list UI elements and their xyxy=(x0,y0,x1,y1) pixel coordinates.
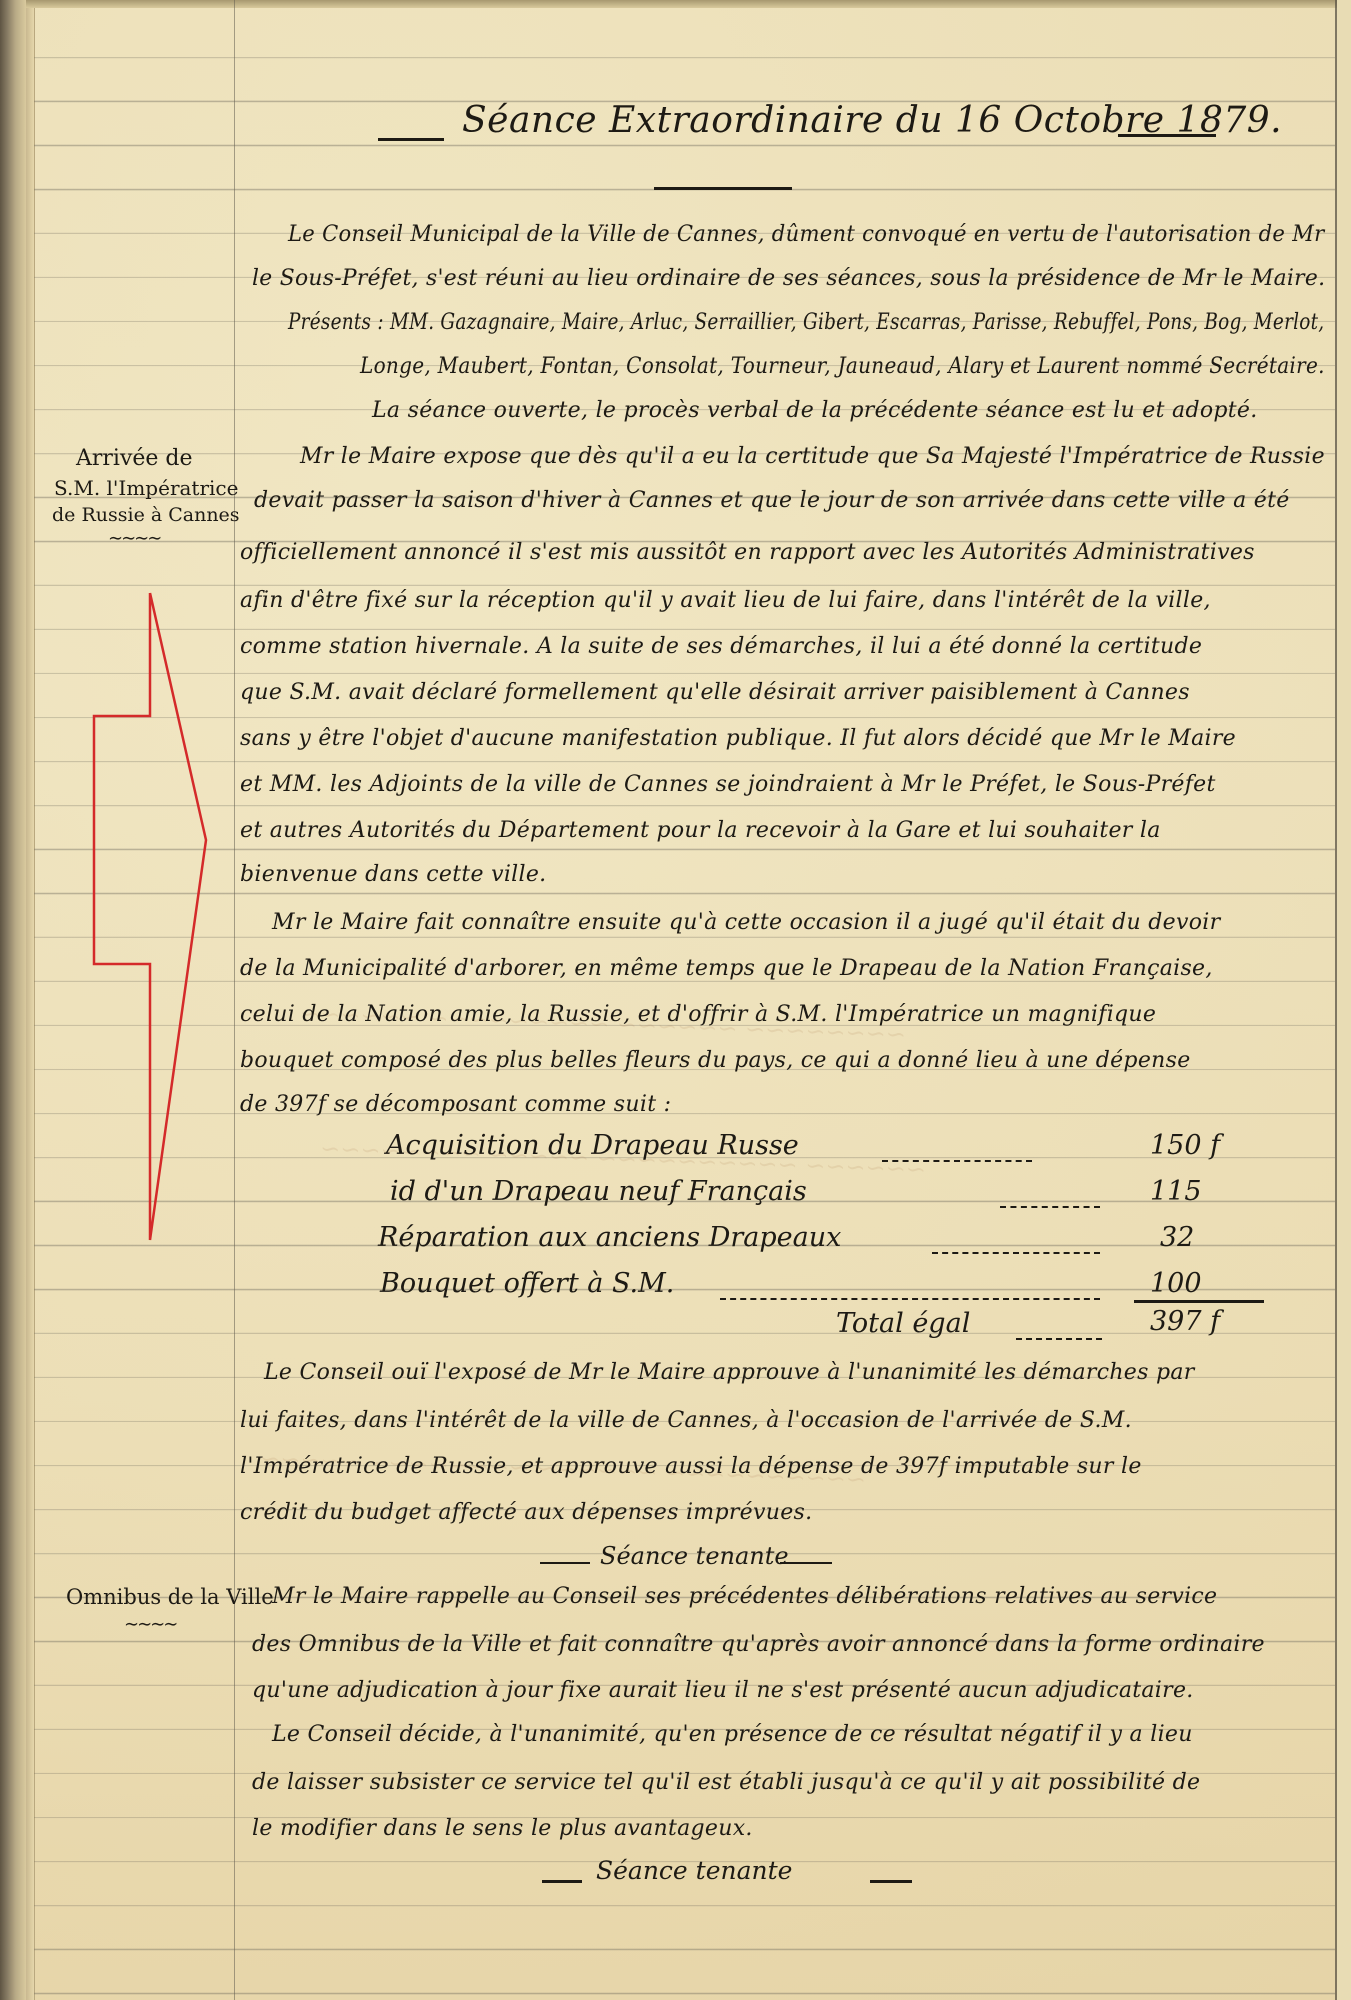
red-arrow-annotation-icon xyxy=(0,0,1351,2000)
register-page: ~~~~~~~~ ~~~~~~ ~~~~~~~~~ ~~~~~~ ~~~~~~ … xyxy=(0,0,1351,2000)
